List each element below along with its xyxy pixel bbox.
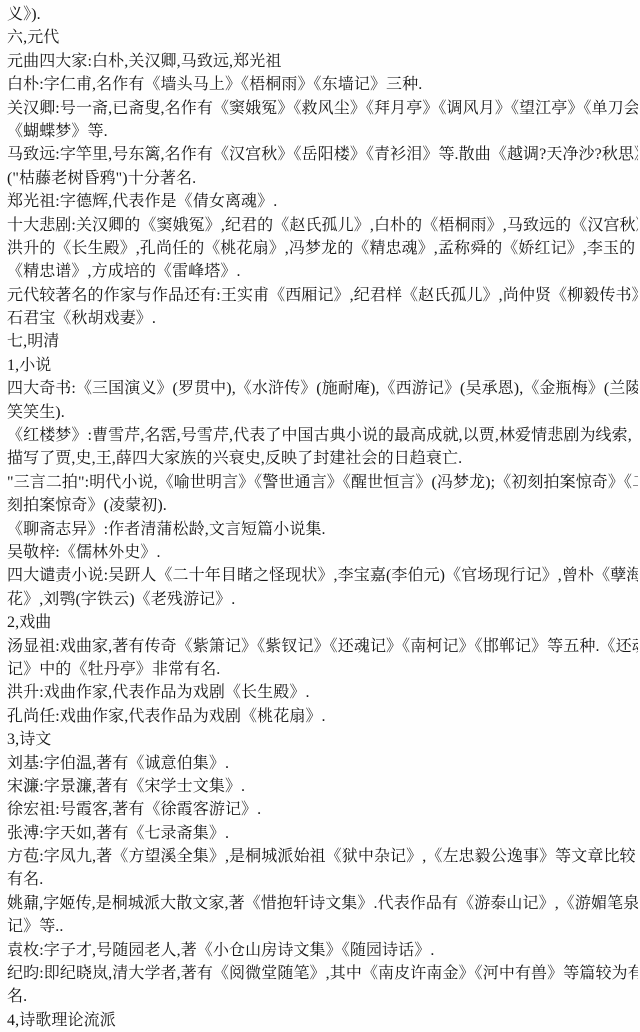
text-line: 姚鼐,字姬传,是桐城派大散文家,著《惜抱轩诗文集》.代表作品有《游泰山记》,《游… [7, 892, 638, 915]
text-line: 洪升的《长生殿》,孔尚任的《桃花扇》,冯梦龙的《精忠魂》,孟称舜的《娇红记》,李… [7, 237, 638, 260]
text-line: 刻拍案惊奇》(凌蒙初). [7, 494, 638, 517]
text-line: 记》中的《牡丹亭》非常有名. [7, 658, 638, 681]
text-line: 3,诗文 [7, 728, 638, 751]
text-line: 《蝴蝶梦》等. [7, 120, 638, 143]
text-line: ("枯藤老树昏鸦")十分著名. [7, 167, 638, 190]
document-body: 义》).六,元代元曲四大家:白朴,关汉卿,马致远,郑光祖白朴:字仁甫,名作有《墙… [7, 3, 638, 1032]
text-line: 笑笑生). [7, 401, 638, 424]
text-line: 记》等.. [7, 915, 638, 938]
text-line: 七,明清 [7, 330, 638, 353]
text-line: 洪升:戏曲作家,代表作品为戏剧《长生殿》. [7, 681, 638, 704]
text-line: 4,诗歌理论流派 [7, 1009, 638, 1032]
text-line: 张溥:字天如,著有《七录斋集》. [7, 822, 638, 845]
text-line: 宋濂:字景濂,著有《宋学士文集》. [7, 775, 638, 798]
text-line: 徐宏祖:号霞客,著有《徐霞客游记》. [7, 798, 638, 821]
text-line: 石君宝《秋胡戏妻》. [7, 307, 638, 330]
text-line: 义》). [7, 3, 638, 26]
text-line: 四大奇书:《三国演义》(罗贯中),《水浒传》(施耐庵),《西游记》(吴承恩),《… [7, 377, 638, 400]
text-line: "三言二拍":明代小说,《喻世明言》《警世通言》《醒世恒言》(冯梦龙);《初刻拍… [7, 471, 638, 494]
text-line: 六,元代 [7, 26, 638, 49]
text-line: 马致远:字竿里,号东篱,名作有《汉宫秋》《岳阳楼》《青衫泪》等.散曲《越调?天净… [7, 143, 638, 166]
text-line: 关汉卿:号一斋,已斋叟,名作有《窦娥冤》《救风尘》《拜月亭》《调风月》《望江亭》… [7, 97, 638, 120]
text-line: 元曲四大家:白朴,关汉卿,马致远,郑光祖 [7, 50, 638, 73]
text-line: 方苞:字凤九,著《方望溪全集》,是桐城派始祖《狱中杂记》,《左忠毅公逸事》等文章… [7, 845, 638, 868]
text-line: 《聊斋志异》:作者清蒲松龄,文言短篇小说集. [7, 518, 638, 541]
text-line: 2,戏曲 [7, 611, 638, 634]
text-line: 描写了贾,史,王,薛四大家族的兴衰史,反映了封建社会的日趋衰亡. [7, 447, 638, 470]
text-line: 袁枚:字子才,号随园老人,著《小仓山房诗文集》《随园诗话》. [7, 939, 638, 962]
text-line: 白朴:字仁甫,名作有《墙头马上》《梧桐雨》《东墙记》三种. [7, 73, 638, 96]
text-line: 1,小说 [7, 354, 638, 377]
text-line: 元代较著名的作家与作品还有:王实甫《西厢记》,纪君样《赵氏孤儿》,尚仲贤《柳毅传… [7, 284, 638, 307]
text-line: 《精忠谱》,方成培的《雷峰塔》. [7, 260, 638, 283]
text-line: 吴敬梓:《儒林外史》. [7, 541, 638, 564]
text-line: 十大悲剧:关汉卿的《窦娥冤》,纪君的《赵氏孤儿》,白朴的《梧桐雨》,马致远的《汉… [7, 214, 638, 237]
text-line: 花》,刘鹗(字铁云)《老残游记》. [7, 588, 638, 611]
text-line: 名. [7, 985, 638, 1008]
document-page: 义》).六,元代元曲四大家:白朴,关汉卿,马致远,郑光祖白朴:字仁甫,名作有《墙… [0, 0, 640, 1032]
text-line: 有名. [7, 868, 638, 891]
text-line: 《红楼梦》:曹雪芹,名霑,号雪芹,代表了中国古典小说的最高成就,以贾,林爱情悲剧… [7, 424, 638, 447]
text-line: 四大谴责小说:吴趼人《二十年目睹之怪现状》,李宝嘉(李伯元)《官场现行记》,曾朴… [7, 564, 638, 587]
text-line: 纪昀:即纪晓岚,清大学者,著有《阅微堂随笔》,其中《南皮许南金》《河中有兽》等篇… [7, 962, 638, 985]
text-line: 郑光祖:字德辉,代表作是《倩女离魂》. [7, 190, 638, 213]
text-line: 孔尚任:戏曲作家,代表作品为戏剧《桃花扇》. [7, 705, 638, 728]
text-line: 汤显祖:戏曲家,著有传奇《紫箫记》《紫钗记》《还魂记》《南柯记》《邯郸记》等五种… [7, 635, 638, 658]
text-line: 刘基:字伯温,著有《诚意伯集》. [7, 752, 638, 775]
